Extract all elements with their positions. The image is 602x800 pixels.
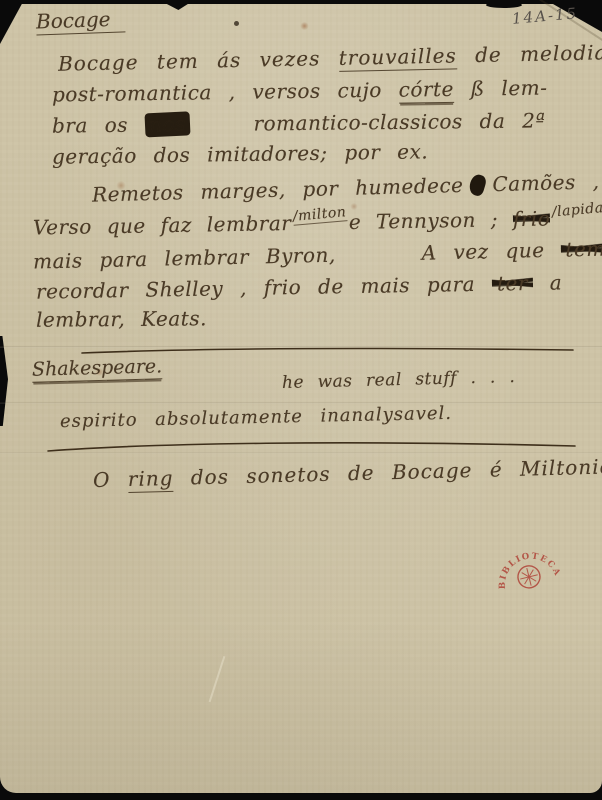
underlined-word: córte <box>399 77 455 104</box>
line-text: Camões , <box>492 169 600 196</box>
divider-line <box>46 438 578 454</box>
inserted-word: ∕milton <box>293 204 348 226</box>
line-text: romantico-classicos da 2ª <box>253 108 545 135</box>
line-text: e Tennyson ; <box>349 207 499 234</box>
line-text: A vez que <box>421 238 561 265</box>
underlined-word: trouvailles <box>338 43 457 71</box>
underlined-word: ring <box>128 466 174 493</box>
struck-word: ter <box>492 271 533 296</box>
line-text: O <box>93 467 128 492</box>
heading-text: Shakespeare. <box>32 355 163 382</box>
manuscript-line: lembrar, Keats. <box>36 306 207 331</box>
manuscript-scan: 14A-15 Bocage Bocage tem ás vezes trouva… <box>0 0 602 800</box>
heading-shakespeare: Shakespeare. <box>32 355 163 380</box>
heading-text: Bocage <box>36 6 125 35</box>
line-text: post-romantica , versos cujo <box>52 78 399 107</box>
paper-edge-blob <box>486 2 522 8</box>
line-text: bra os <box>52 113 145 138</box>
line-text: a <box>533 270 563 295</box>
line-text: ß lem- <box>454 76 548 101</box>
struck-word: frio <box>513 206 551 231</box>
gap <box>190 130 254 131</box>
line-text: de melodia <box>456 40 602 67</box>
heading-bocage: Bocage <box>36 6 125 33</box>
ink-blot <box>468 173 488 197</box>
struck-word: nos <box>144 111 190 137</box>
struck-word: tem <box>561 236 602 261</box>
gap <box>336 260 422 262</box>
divider-line <box>80 344 576 356</box>
line-text: Verso que faz lembrar <box>33 211 292 240</box>
